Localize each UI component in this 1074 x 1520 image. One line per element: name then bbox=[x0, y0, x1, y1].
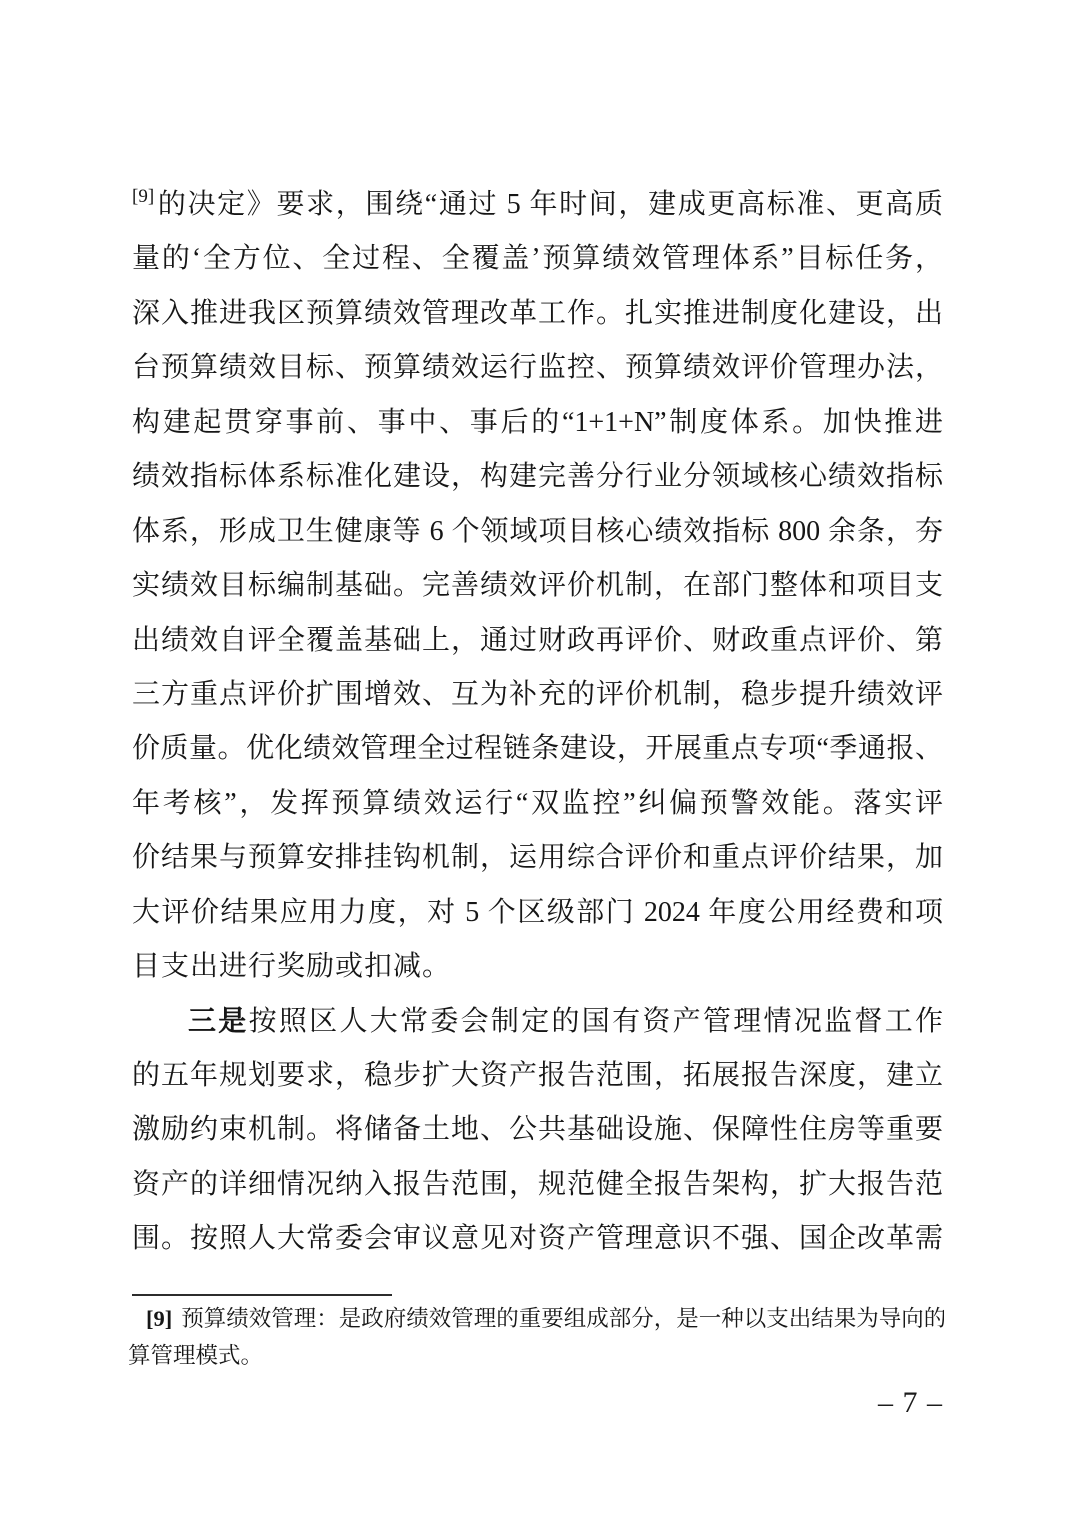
text-line: 目支出进行奖励或扣减。 bbox=[132, 940, 943, 994]
footnote-block: [9]预算绩效管理：是政府绩效管理的重要组成部分，是一种以支出结果为导向的预 算… bbox=[128, 1301, 944, 1374]
footnote-text: 预算绩效管理：是政府绩效管理的重要组成部分，是一种以支出结果为导向的预 bbox=[181, 1306, 944, 1331]
text-line: 实绩效目标编制基础。完善绩效评价机制，在部门整体和项目支 bbox=[132, 559, 943, 613]
text-line: 价质量。优化绩效管理全过程链条建设，开展重点专项“季通报、 bbox=[132, 722, 943, 776]
text-line: 深入推进我区预算绩效管理改革工作。扎实推进制度化建设，出 bbox=[132, 287, 943, 341]
text-line: 出绩效自评全覆盖基础上，通过财政再评价、财政重点评价、第 bbox=[132, 614, 943, 668]
text-line: 价结果与预算安排挂钩机制，运用综合评价和重点评价结果，加 bbox=[132, 831, 943, 885]
text-line: 构建起贯穿事前、事中、事后的“1+1+N”制度体系。加快推进 bbox=[132, 396, 943, 450]
text-line: 的五年规划要求，稳步扩大资产报告范围，拓展报告深度，建立 bbox=[132, 1049, 943, 1103]
text-line: 绩效指标体系标准化建设，构建完善分行业分领域核心绩效指标 bbox=[132, 450, 943, 504]
document-page: [9]的决定》要求，围绕“通过 5 年时间，建成更高标准、更高质 量的‘全方位、… bbox=[0, 0, 1074, 1520]
paragraph-1-rest: 量的‘全方位、全过程、全覆盖’预算绩效管理体系”目标任务，深入推进我区预算绩效管… bbox=[132, 232, 943, 994]
text-line-content: 的决定》要求，围绕“通过 5 年时间，建成更高标准、更高质 bbox=[156, 189, 943, 220]
text-line: 三是按照区人大常委会制定的国有资产管理情况监督工作 bbox=[132, 995, 943, 1049]
footnote-separator bbox=[132, 1294, 392, 1296]
footnote-ref-superscript: [9] bbox=[132, 186, 154, 207]
footnote-line: 算管理模式。 bbox=[128, 1338, 944, 1375]
text-line: 大评价结果应用力度，对 5 个区级部门 2024 年度公用经费和项 bbox=[132, 886, 943, 940]
text-line-content: 按照区人大常委会制定的国有资产管理情况监督工作 bbox=[249, 1006, 943, 1037]
text-line: [9]的决定》要求，围绕“通过 5 年时间，建成更高标准、更高质 bbox=[132, 178, 943, 232]
text-line: 三方重点评价扩围增效、互为补充的评价机制，稳步提升绩效评 bbox=[132, 668, 943, 722]
text-line: 年考核”，发挥预算绩效运行“双监控”纠偏预警效能。落实评 bbox=[132, 777, 943, 831]
body-text-block: [9]的决定》要求，围绕“通过 5 年时间，建成更高标准、更高质 量的‘全方位、… bbox=[132, 178, 943, 1267]
text-line: 围。按照人大常委会审议意见对资产管理意识不强、国企改革需 bbox=[132, 1212, 943, 1266]
emphasis-lead: 三是 bbox=[188, 1006, 249, 1037]
text-line: 体系，形成卫生健康等 6 个领域项目核心绩效指标 800 余条，夯 bbox=[132, 505, 943, 559]
text-line: 资产的详细情况纳入报告范围，规范健全报告架构，扩大报告范 bbox=[132, 1158, 943, 1212]
footnote-line: [9]预算绩效管理：是政府绩效管理的重要组成部分，是一种以支出结果为导向的预 bbox=[128, 1301, 944, 1338]
text-line: 量的‘全方位、全过程、全覆盖’预算绩效管理体系”目标任务， bbox=[132, 232, 943, 286]
text-line: 激励约束机制。将储备土地、公共基础设施、保障性住房等重要 bbox=[132, 1103, 943, 1157]
page-number: – 7 – bbox=[132, 1386, 943, 1420]
text-line: 台预算绩效目标、预算绩效运行监控、预算绩效评价管理办法， bbox=[132, 341, 943, 395]
footnote-marker: [9] bbox=[146, 1306, 172, 1331]
paragraph-2-rest: 的五年规划要求，稳步扩大资产报告范围，拓展报告深度，建立激励约束机制。将储备土地… bbox=[132, 1049, 943, 1267]
